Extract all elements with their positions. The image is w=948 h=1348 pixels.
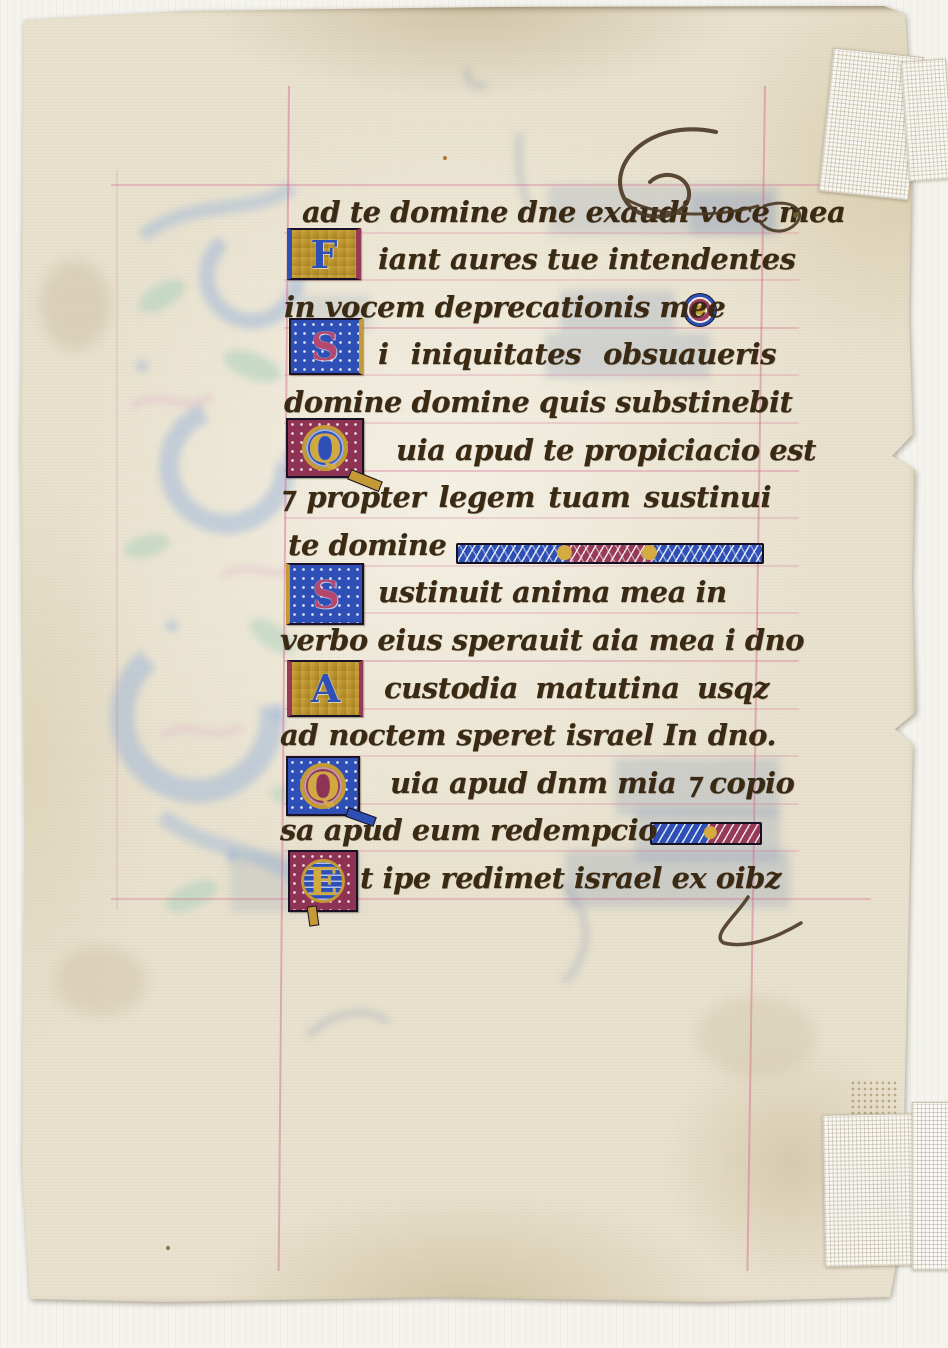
text-line: ad noctem speret israel In dno.	[280, 713, 776, 759]
stain	[56, 946, 146, 1016]
stain	[40, 260, 110, 350]
text-line: verbo eius sperauit aia mea i dno	[280, 618, 776, 664]
initial-letter: A	[311, 666, 340, 711]
mesh-tape-bottom-right-2	[912, 1102, 948, 1270]
parchment-leaf: F S Q S A Q E	[16, 6, 918, 1306]
mesh-tape-top-right-2	[901, 59, 948, 182]
initial-letter: S	[312, 572, 339, 617]
ink-speck	[793, 212, 798, 218]
illuminated-initial-s: S	[286, 563, 364, 625]
initial-letter: E	[309, 859, 338, 904]
text-line: t ipe redimet israel ex oibz	[360, 856, 780, 902]
text-line: ad te domine dne exaudi voce mea	[302, 190, 776, 236]
initial-letter: Q	[306, 764, 339, 809]
ruling-line-top	[111, 184, 911, 186]
text-line: i iniquitates obsuaueris	[378, 332, 776, 378]
ink-speck	[166, 1246, 170, 1250]
text-line: uia apud te propiciacio est	[396, 428, 776, 474]
mesh-tape-bottom-right	[823, 1113, 924, 1267]
line-filler-bar-short	[650, 822, 762, 845]
manuscript-photo: F S Q S A Q E	[0, 0, 948, 1348]
text-line: custodia matutina usqz	[384, 666, 769, 712]
line-filler-bar-long	[456, 543, 764, 564]
illuminated-initial-q: Q	[286, 418, 364, 478]
text-line: sa apud eum redempcio	[280, 808, 657, 854]
ink-speck	[443, 156, 447, 160]
text-line: in vocem deprecationis mee	[284, 285, 662, 331]
parchment-surface: F S Q S A Q E	[16, 6, 918, 1306]
text-line: ustinuit anima mea in	[378, 570, 723, 616]
stain	[696, 996, 816, 1076]
text-line: domine domine quis substinebit	[284, 380, 776, 426]
text-line: ⁊ propter legem tuam sustinui	[279, 475, 771, 521]
initial-tail	[307, 905, 320, 926]
illuminated-initial-e: E	[288, 850, 358, 912]
text-line: iant aures tue intendentes	[378, 237, 776, 283]
initial-letter: Q	[308, 426, 341, 471]
initial-letter: F	[311, 232, 338, 277]
ruling-vertical-margin	[116, 170, 118, 910]
illuminated-initial-a: A	[287, 660, 363, 717]
text-line: te domine	[288, 523, 446, 569]
illuminated-initial-q: Q	[286, 756, 360, 816]
text-line: uia apud dnm mia ⁊ copio	[390, 761, 776, 807]
